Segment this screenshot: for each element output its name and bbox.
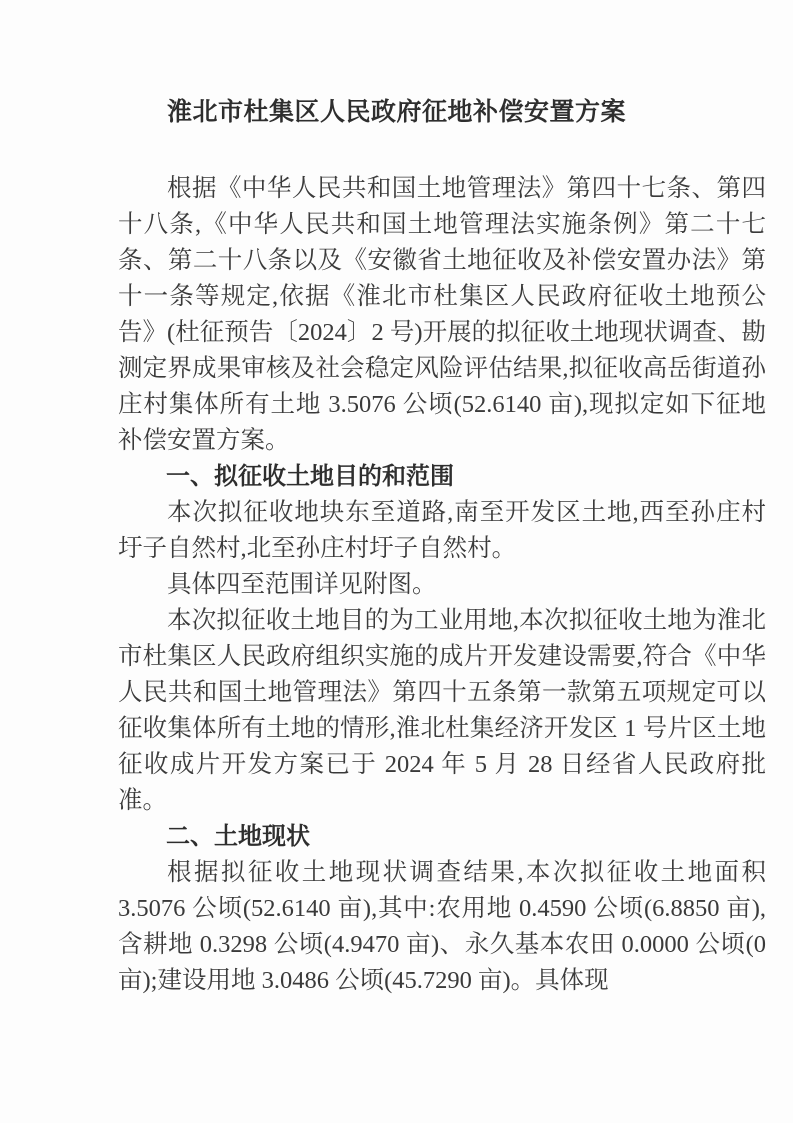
document-page: 淮北市杜集区人民政府征地补偿安置方案 根据《中华人民共和国土地管理法》第四十七条… [0,0,793,1123]
section-heading-land-status: 二、土地现状 [118,819,766,855]
document-body: 根据《中华人民共和国土地管理法》第四十七条、第四十八条,《中华人民共和国土地管理… [118,171,766,999]
paragraph-map-reference: 具体四至范围详见附图。 [118,567,766,603]
document-title: 淮北市杜集区人民政府征地补偿安置方案 [0,0,793,128]
paragraph-plot-boundaries: 本次拟征收地块东至道路,南至开发区土地,西至孙庄村圩子自然村,北至孙庄村圩子自然… [118,495,766,567]
paragraph-land-purpose: 本次拟征收土地目的为工业用地,本次拟征收土地为淮北市杜集区人民政府组织实施的成片… [118,603,766,819]
section-heading-purpose-and-scope: 一、拟征收土地目的和范围 [118,459,766,495]
paragraph-legal-basis: 根据《中华人民共和国土地管理法》第四十七条、第四十八条,《中华人民共和国土地管理… [118,171,766,459]
paragraph-land-status-survey: 根据拟征收土地现状调查结果,本次拟征收土地面积 3.5076 公顷(52.614… [118,855,766,999]
